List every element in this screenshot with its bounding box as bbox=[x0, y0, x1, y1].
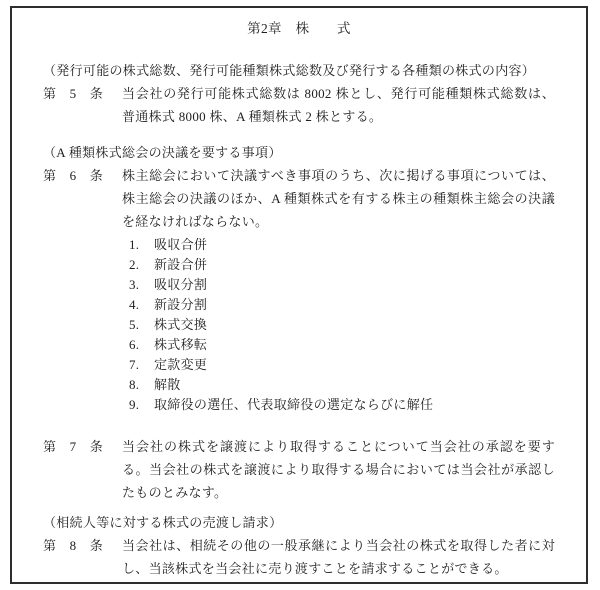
article-text: 株主総会において決議すべき事項のうち、次に掲げる事項については、株主総会の決議の… bbox=[122, 164, 555, 233]
article-number: 第 5 条 bbox=[43, 82, 122, 105]
article-7: 第 7 条 当会社の株式を譲渡により取得することについて当会社の承認を要する。当… bbox=[43, 435, 555, 504]
list-item-text: 新設合併 bbox=[154, 255, 555, 275]
article-number: 第 8 条 bbox=[43, 534, 122, 557]
list-item-number: 1. bbox=[129, 235, 154, 255]
list-item-text: 吸収分割 bbox=[154, 275, 555, 295]
section-article-8: （相続人等に対する株式の売渡し請求） 第 8 条 当会社は、相続その他の一般承継… bbox=[43, 511, 555, 580]
resolution-items-list: 1. 吸収合併 2. 新設合併 3. 吸収分割 4. bbox=[129, 235, 555, 415]
list-item: 4. 新設分割 bbox=[129, 295, 555, 315]
list-item-text: 解散 bbox=[154, 375, 555, 395]
list-item: 2. 新設合併 bbox=[129, 255, 555, 275]
list-item: 6. 株式移転 bbox=[129, 335, 555, 355]
list-item-number: 2. bbox=[129, 255, 154, 275]
article-5: 第 5 条 当会社の発行可能株式総数は 8002 株とし、発行可能種類株式総数は… bbox=[43, 82, 555, 128]
page-content: 第2章 株 式 （発行可能の株式総数、発行可能種類株式総数及び発行する各種類の株… bbox=[12, 8, 586, 580]
section-heading: （A 種類株式総会の決議を要する事項） bbox=[43, 141, 555, 164]
article-body: 当会社は、相続その他の一般承継により当会社の株式を取得した者に対し、当該株式を当… bbox=[122, 534, 555, 580]
article-body: 当会社の発行可能株式総数は 8002 株とし、発行可能種類株式総数は、普通株式 … bbox=[122, 82, 555, 128]
article-body: 当会社の株式を譲渡により取得することについて当会社の承認を要する。当会社の株式を… bbox=[122, 435, 555, 504]
list-item: 1. 吸収合併 bbox=[129, 235, 555, 255]
list-item-text: 株式交換 bbox=[154, 315, 555, 335]
section-article-7: 第 7 条 当会社の株式を譲渡により取得することについて当会社の承認を要する。当… bbox=[43, 435, 555, 504]
list-item: 3. 吸収分割 bbox=[129, 275, 555, 295]
article-text: 当会社の発行可能株式総数は 8002 株とし、発行可能種類株式総数は、普通株式 … bbox=[122, 82, 555, 128]
article-number: 第 6 条 bbox=[43, 164, 122, 187]
list-item-number: 9. bbox=[129, 395, 154, 415]
list-item-number: 7. bbox=[129, 355, 154, 375]
chapter-title: 第2章 株 式 bbox=[43, 17, 555, 40]
article-text: 当会社は、相続その他の一般承継により当会社の株式を取得した者に対し、当該株式を当… bbox=[122, 534, 555, 580]
list-item-text: 新設分割 bbox=[154, 295, 555, 315]
list-item-text: 株式移転 bbox=[154, 335, 555, 355]
list-item-number: 3. bbox=[129, 275, 154, 295]
section-article-6: （A 種類株式総会の決議を要する事項） 第 6 条 株主総会において決議すべき事… bbox=[43, 141, 555, 415]
article-number: 第 7 条 bbox=[43, 435, 122, 458]
list-item: 5. 株式交換 bbox=[129, 315, 555, 335]
document-page: 第2章 株 式 （発行可能の株式総数、発行可能種類株式総数及び発行する各種類の株… bbox=[10, 6, 588, 584]
section-heading: （発行可能の株式総数、発行可能種類株式総数及び発行する各種類の株式の内容） bbox=[43, 59, 555, 82]
list-item: 9. 取締役の選任、代表取締役の選定ならびに解任 bbox=[129, 395, 555, 415]
list-item-number: 4. bbox=[129, 295, 154, 315]
article-6: 第 6 条 株主総会において決議すべき事項のうち、次に掲げる事項については、株主… bbox=[43, 164, 555, 415]
article-8: 第 8 条 当会社は、相続その他の一般承継により当会社の株式を取得した者に対し、… bbox=[43, 534, 555, 580]
section-heading: （相続人等に対する株式の売渡し請求） bbox=[43, 511, 555, 534]
section-article-5: （発行可能の株式総数、発行可能種類株式総数及び発行する各種類の株式の内容） 第 … bbox=[43, 59, 555, 128]
list-item-text: 定款変更 bbox=[154, 355, 555, 375]
list-item-text: 吸収合併 bbox=[154, 235, 555, 255]
article-body: 株主総会において決議すべき事項のうち、次に掲げる事項については、株主総会の決議の… bbox=[122, 164, 555, 415]
list-item: 8. 解散 bbox=[129, 375, 555, 395]
list-item: 7. 定款変更 bbox=[129, 355, 555, 375]
article-text: 当会社の株式を譲渡により取得することについて当会社の承認を要する。当会社の株式を… bbox=[122, 435, 555, 504]
list-item-number: 6. bbox=[129, 335, 154, 355]
list-item-text: 取締役の選任、代表取締役の選定ならびに解任 bbox=[154, 395, 555, 415]
list-item-number: 8. bbox=[129, 375, 154, 395]
list-item-number: 5. bbox=[129, 315, 154, 335]
